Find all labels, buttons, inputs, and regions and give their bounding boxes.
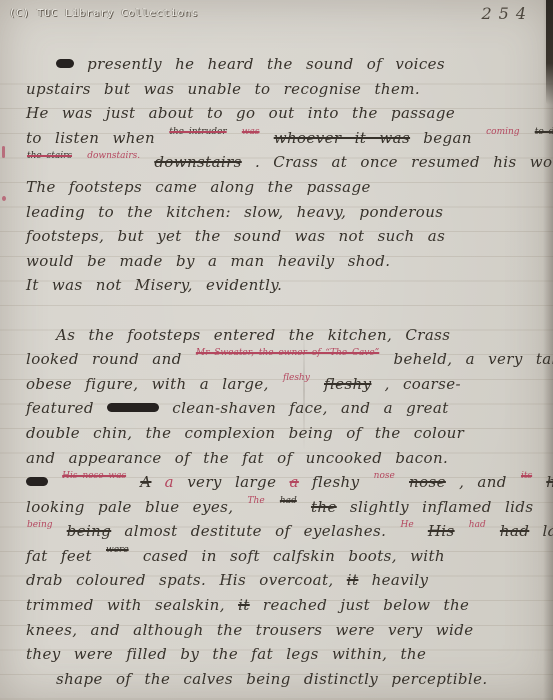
text-segment: large [542, 522, 553, 540]
text-segment: drab coloured spats. His overcoat, [26, 571, 334, 589]
text-segment: He was just about to go out into the pas… [26, 104, 455, 122]
text-segment: featured [26, 399, 94, 417]
redaction-blob [26, 477, 48, 486]
correction-segment: were [106, 546, 129, 555]
correction-segment: being [27, 521, 53, 530]
text-segment: shape of the calves being distinctly per… [56, 670, 488, 688]
text-segment: beheld, a very tall, [393, 350, 553, 368]
manuscript-line: presently he heard the sound of voices [26, 52, 541, 77]
manuscript-line: His nose was A a very large a fleshy nos… [26, 470, 541, 495]
manuscript-line: As the footsteps entered the kitchen, Cr… [26, 323, 541, 348]
text-segment: His [428, 522, 455, 540]
redaction-blob [107, 403, 159, 412]
text-segment: to listen when [26, 129, 155, 147]
text-segment: it [347, 571, 359, 589]
correction-segment: downstairs. [87, 152, 140, 161]
manuscript-line: looked round and Mr Sweater, the owner o… [26, 347, 541, 372]
manuscript-line: He was just about to go out into the pas… [26, 101, 541, 126]
text-segment: being [67, 522, 112, 540]
text-segment: obese figure, with a large, [26, 375, 269, 393]
text-segment: it [238, 596, 250, 614]
correction-segment: fleshy [283, 374, 310, 383]
manuscript-page-scan: (C) TUC Library Collections 254 presentl… [0, 0, 553, 700]
text-segment: looking pale blue eyes, [26, 498, 233, 516]
correction-segment: His nose was [62, 472, 126, 481]
manuscript-line: double chin, the complexion being of the… [26, 421, 541, 446]
text-segment: his [546, 473, 553, 491]
correction-segment: had [469, 521, 486, 530]
manuscript-line: featured clean-shaven face, and a great [26, 396, 541, 421]
manuscript-line: knees, and although the trousers were ve… [26, 618, 541, 643]
manuscript-text: presently he heard the sound of voices u… [26, 52, 541, 691]
text-segment: looked round and [26, 350, 182, 368]
correction-segment: coming [486, 128, 519, 137]
text-segment: and appearance of the fat of uncooked ba… [26, 449, 448, 467]
text-segment: had [500, 522, 529, 540]
manuscript-line: and appearance of the fat of uncooked ba… [26, 446, 541, 471]
text-segment: trimmed with sealskin, [26, 596, 225, 614]
copyright-watermark: (C) TUC Library Collections [9, 8, 199, 19]
manuscript-line: to listen when the intruder was whoever … [26, 126, 541, 151]
text-segment: reached just below the [263, 596, 469, 614]
text-segment: , and [459, 473, 507, 491]
page-number: 254 [481, 4, 533, 23]
correction-segment: had [280, 497, 297, 506]
text-segment: began [423, 129, 472, 147]
manuscript-line: drab coloured spats. His overcoat, it he… [26, 568, 541, 593]
text-segment: fleshy [312, 473, 359, 491]
text-segment: It was not Misery, evidently. [26, 276, 282, 294]
text-segment: a [165, 473, 174, 491]
text-segment: whoever it was [274, 129, 410, 147]
manuscript-line: being being almost destitute of eyelashe… [26, 519, 541, 544]
text-segment: . Crass at once resumed his work. [255, 153, 553, 171]
text-segment: almost destitute of eyelashes. [124, 522, 386, 540]
correction-segment: He [400, 521, 413, 530]
manuscript-line: leading to the kitchen: slow, heavy, pon… [26, 200, 541, 225]
text-segment: As the footsteps entered the kitchen, Cr… [56, 326, 450, 344]
red-margin-dot [2, 196, 6, 201]
correction-segment: nose [374, 472, 395, 481]
text-segment: downstairs [154, 153, 241, 171]
manuscript-line: they were filled by the fat legs within,… [26, 642, 541, 667]
text-segment: slightly inflamed lids [350, 498, 534, 516]
redaction-blob [56, 59, 74, 68]
manuscript-line: looking pale blue eyes, The had the slig… [26, 495, 541, 520]
manuscript-line: The footsteps came along the passage [26, 175, 541, 200]
text-segment: double chin, the complexion being of the… [26, 424, 464, 442]
correction-segment: was [242, 128, 260, 137]
text-segment: very large [187, 473, 276, 491]
correction-segment: to descend [535, 128, 553, 137]
manuscript-line: trimmed with sealskin, it reached just b… [26, 593, 541, 618]
text-segment: cased in soft calfskin boots, with [143, 547, 445, 565]
manuscript-line: upstairs but was unable to recognise the… [26, 77, 541, 102]
text-segment: , coarse- [385, 375, 461, 393]
text-segment: a [290, 473, 299, 491]
manuscript-line [26, 298, 541, 323]
manuscript-line: would be made by a man heavily shod. [26, 249, 541, 274]
correction-segment: the stairs [27, 152, 72, 161]
text-segment: footsteps, but yet the sound was not suc… [26, 227, 445, 245]
text-segment: A [140, 473, 151, 491]
text-segment: leading to the kitchen: slow, heavy, pon… [26, 203, 443, 221]
manuscript-line: fat feet were cased in soft calfskin boo… [26, 544, 541, 569]
text-segment: presently he heard the sound of voices [87, 55, 445, 73]
correction-segment: its [521, 472, 532, 481]
text-segment: fleshy [324, 375, 371, 393]
text-segment: heavily [372, 571, 429, 589]
correction-segment: Mr Sweater, the owner of “The Cave” [196, 349, 379, 358]
text-segment: the [311, 498, 337, 516]
manuscript-line: It was not Misery, evidently. [26, 273, 541, 298]
manuscript-line: shape of the calves being distinctly per… [26, 667, 541, 692]
text-segment: would be made by a man heavily shod. [26, 252, 390, 270]
text-segment: knees, and although the trousers were ve… [26, 621, 474, 639]
manuscript-line: obese figure, with a large, fleshy flesh… [26, 372, 541, 397]
text-segment: upstairs but was unable to recognise the… [26, 80, 420, 98]
manuscript-line: the stairs downstairs. downstairs . Cras… [26, 150, 541, 175]
manuscript-line: footsteps, but yet the sound was not suc… [26, 224, 541, 249]
red-margin-tick [2, 146, 5, 158]
text-segment: clean-shaven face, and a great [172, 399, 448, 417]
binding-edge [546, 0, 553, 105]
text-segment: nose [409, 473, 446, 491]
correction-segment: The [248, 497, 265, 506]
text-segment: they were filled by the fat legs within,… [26, 645, 426, 663]
correction-segment: the intruder [169, 128, 226, 137]
text-segment: fat feet [26, 547, 92, 565]
text-segment: The footsteps came along the passage [26, 178, 371, 196]
